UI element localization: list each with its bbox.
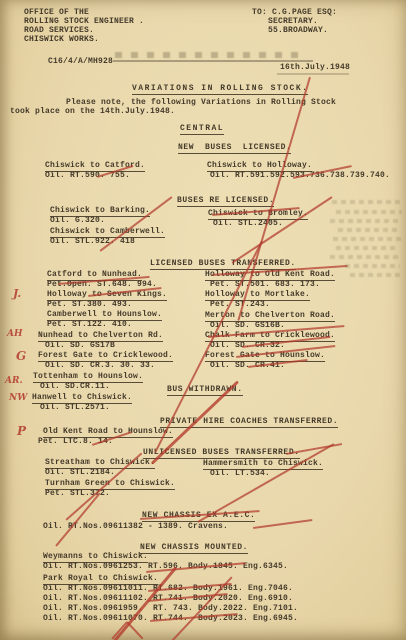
route-line: Streatham to Chiswick. [45, 458, 155, 469]
route-line: Holloway to Mortlake. [205, 290, 310, 301]
section-heading: NEW CHASSIS MOUNTED. [140, 543, 248, 554]
ghost-text-smudge [345, 264, 400, 268]
section-heading: LICENSED BUSES TRANSFERRED. [150, 259, 296, 270]
stock-line: Oil. SD. GS17B [45, 341, 115, 350]
ghost-text-smudge [330, 255, 400, 259]
chassis-line: Oil. RT.Nos.09611070. RT.744. Body.2023.… [43, 614, 298, 623]
route-line: Nunhead to Chelverton Rd. [38, 331, 163, 342]
route-line: Holloway to Seven Kings. [47, 290, 167, 301]
chassis-line: Oil. RT.Nos.09611011. RT.682. Body.1961.… [43, 584, 293, 593]
section-heading: PRIVATE HIRE COACHES TRANSFERRED. [160, 417, 338, 428]
route-line: Chiswick to Holloway. [207, 161, 312, 172]
stock-line: Oil. LT.534. [210, 469, 270, 478]
ghost-text-smudge [333, 237, 401, 241]
office-line: ROAD SERVICES. [24, 26, 94, 35]
margin-annotation: G [16, 349, 26, 363]
erased-text-smudge [115, 52, 305, 58]
route-line: Camberwell to Hounslow. [47, 310, 162, 321]
route-line: Forest Gate to Hounslow. [205, 351, 325, 362]
route-line: Chiswick to Camberwell. [50, 227, 165, 238]
route-line: Old Kent Road to Hounslow. [43, 427, 173, 438]
chassis-line: Oil. RT.Nos.0961253. RT.596. Body.1845. … [43, 562, 288, 571]
route-line: Turnham Green to Chiswick. [45, 479, 175, 490]
stock-line: Oil. RT.591.592.593.736.738.739.740. [210, 171, 390, 180]
section-heading: UNLICENSED BUSES TRANSFERRED. [143, 448, 300, 459]
ghost-text-smudge [330, 219, 402, 223]
scanned-memo-page: OFFICE OF THE ROLLING STOCK ENGINEER . R… [0, 0, 406, 640]
stock-line: Oil. SD. CR.3. 30. 33. [45, 361, 155, 370]
date: 16th.July.1948 [280, 63, 350, 72]
route-line: Weymanns to Chiswick. [43, 552, 148, 563]
ghost-text-smudge [338, 228, 398, 232]
stock-line: Oil. SD. CR.41. [210, 361, 285, 370]
margin-annotation: P [17, 424, 26, 438]
region-heading: CENTRAL [180, 124, 224, 135]
chassis-line: Oil. RT.Nos.09611102. RT.741. Body.2020.… [43, 594, 293, 603]
route-line: Merton to Chelverton Road. [205, 311, 335, 322]
route-line: Tottenham to Hounslow. [33, 372, 143, 383]
stock-line: Pet. ST.380. 493. [47, 300, 132, 309]
margin-annotation: J. [13, 287, 21, 300]
addressee-line: TO: C.G.PAGE ESQ: [252, 8, 337, 17]
route-line: Hammersmith to Chiswick. [203, 459, 323, 470]
red-pen-stroke [253, 519, 313, 529]
stock-line: Oil. STL.2571. [40, 403, 110, 412]
route-line: Chiswick to Catford. [45, 161, 145, 172]
red-pen-stroke [111, 621, 128, 640]
stock-line: Pet.Open. ST.648. 994. [47, 280, 157, 289]
office-line: ROLLING STOCK ENGINEER . [24, 17, 144, 26]
margin-annotation: AR. [5, 376, 23, 386]
stock-line: Oil. SD. GS16B. [210, 321, 285, 330]
stock-line: Oil. SD. CR.32. [210, 341, 285, 350]
section-heading: BUSES RE LICENSED. [177, 196, 274, 207]
route-line: Chiswick to Bromley. [208, 209, 308, 220]
section-heading: NEW BUSES LICENSED. [178, 143, 291, 154]
reference-number: C16/4/A/MH928 [48, 57, 113, 66]
stock-line: Pet. ST.122. 410. [47, 320, 132, 329]
route-line: Catford to Nunhead. [47, 270, 142, 281]
pencil-line [277, 73, 349, 75]
ghost-text-smudge [336, 246, 398, 250]
stock-line: Oil. SD.CR.11. [40, 382, 110, 391]
stock-line: Pet. ST.243. [210, 300, 270, 309]
office-line: OFFICE OF THE [24, 8, 89, 17]
stock-line: Pet. ST.501. 683. 173. [210, 280, 320, 289]
stock-line: Oil. RT.590. 755. [45, 171, 130, 180]
intro-line: Please note, the following Variations in… [66, 98, 336, 107]
route-line: Hanwell to Chiswick. [32, 393, 132, 404]
margin-annotation: NW [9, 393, 27, 403]
intro-line: took place on the 14th.July.1948. [10, 107, 175, 116]
pencil-line [113, 60, 313, 62]
chassis-line: Oil. RT.Nos.0961959. RT. 743. Body.2022.… [43, 604, 298, 613]
ghost-text-smudge [332, 200, 402, 204]
route-line: Chiswick to Barking. [50, 206, 150, 217]
ghost-text-smudge [350, 273, 400, 277]
stock-line: Oil. STL.922. 418 [50, 237, 135, 246]
route-line: Park Royal to Chiswick. [43, 574, 158, 585]
stock-line: Oil. STL.2184. [45, 468, 115, 477]
stock-line: Pet. LTC.8. 14. [38, 437, 113, 446]
document-title: VARIATIONS IN ROLLING STOCK. [132, 84, 308, 95]
margin-annotation: AH [7, 329, 23, 339]
stock-line: Oil. STL.2405. [213, 219, 283, 228]
section-heading: NEW CHASSIS EX A.E.C. [142, 511, 255, 522]
addressee-line: 55.BROADWAY. [268, 26, 328, 35]
route-line: Holloway to Old Kent Road. [205, 270, 335, 281]
office-line: CHISWICK WORKS. [24, 35, 99, 44]
section-heading: BUS WITHDRAWN. [167, 385, 243, 396]
route-line: Chalk Farm to Cricklewood. [205, 331, 335, 342]
red-pen-stroke [55, 492, 101, 546]
addressee-line: SECRETARY. [268, 17, 318, 26]
stock-line: Pet. STL.372. [45, 489, 110, 498]
route-line: Forest Gate to Cricklewood. [38, 351, 173, 362]
stock-line: Oil. G.320. [50, 216, 105, 225]
red-pen-stroke [126, 621, 143, 639]
chassis-line: Oil. RT.Nos.09611382 - 1389. Cravens. [43, 522, 228, 531]
ghost-text-smudge [336, 210, 402, 214]
